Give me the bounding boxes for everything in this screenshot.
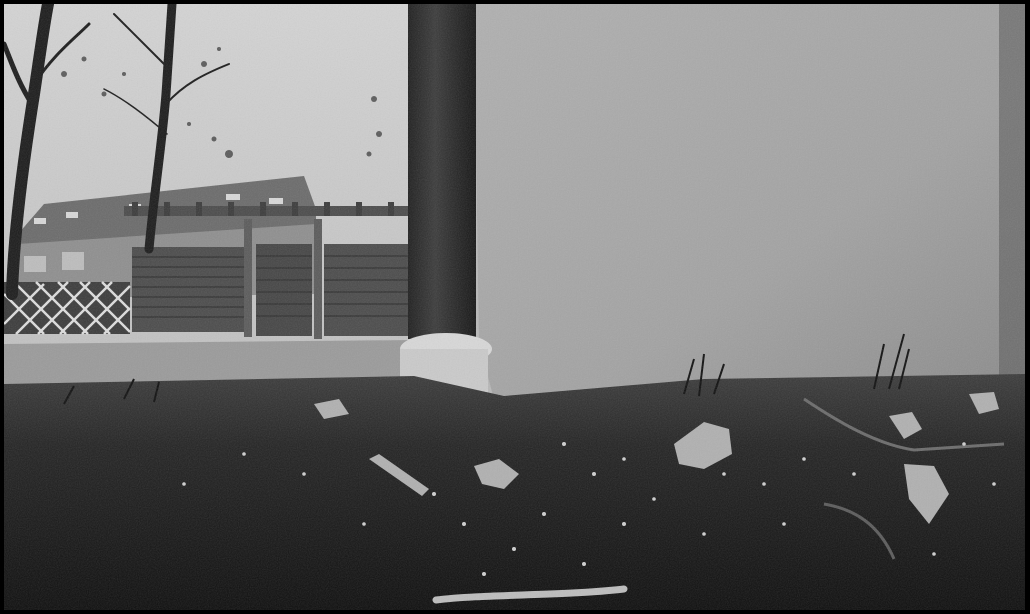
photo-scene	[4, 4, 1025, 610]
photo-frame	[0, 0, 1030, 614]
film-grain	[4, 4, 1025, 610]
photograph	[4, 4, 1025, 610]
